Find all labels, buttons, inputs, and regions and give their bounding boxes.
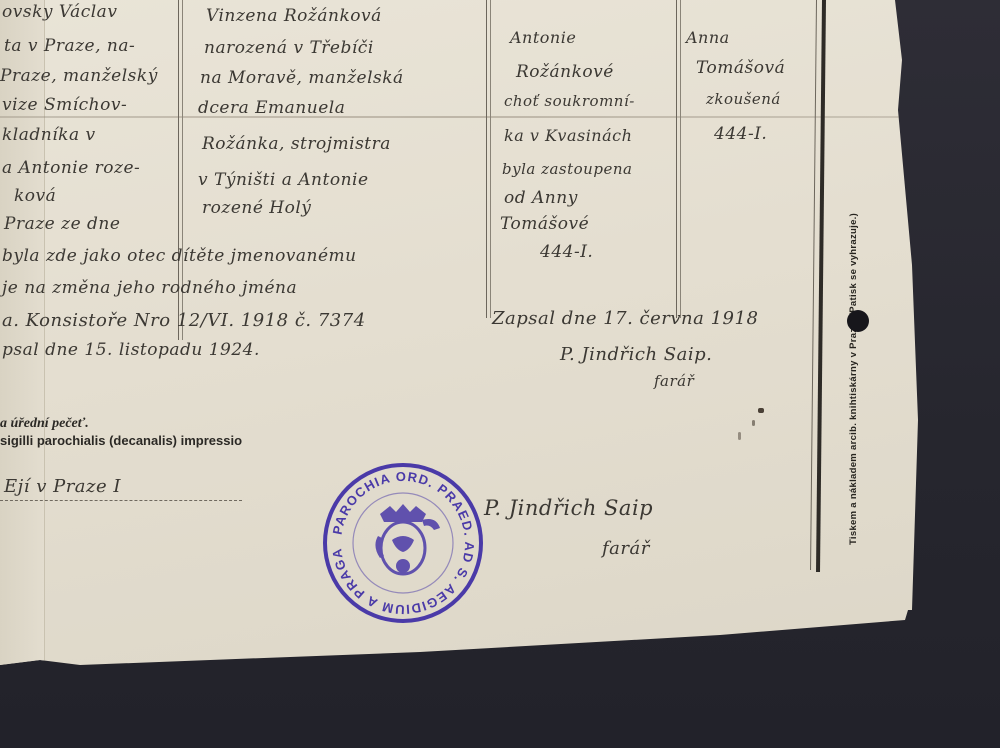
col1-line: ta v Praze, na-: [4, 38, 135, 55]
column-rule-3: [676, 0, 677, 318]
col3-line: 444-I.: [540, 244, 593, 261]
final-signature-title: farář: [602, 540, 650, 558]
priest-signature: P. Jindřich Saip.: [560, 346, 712, 364]
col1-line: ková: [14, 188, 56, 205]
col3-line: Antonie: [510, 30, 576, 46]
seal-label-la: sigilli parochialis (decanalis) impressi…: [0, 433, 242, 448]
stamp-seal-icon: PAROCHIA ORD. PRAED. AD S. AEGIDIUM A PR…: [322, 462, 484, 624]
paper-crease: [0, 116, 900, 118]
col3-line: od Anny: [504, 190, 578, 207]
col3-line: Rožánkové: [516, 64, 614, 81]
place-dotted-line: [0, 500, 242, 501]
final-signature: P. Jindřich Saip: [484, 498, 653, 519]
col1-line: Praze, manželský: [0, 68, 158, 85]
document-sheet: ovsky Václav ta v Praze, na- Praze, manž…: [0, 0, 925, 672]
col3-line: ka v Kvasinách: [504, 128, 632, 144]
col3-line: byla zastoupena: [502, 162, 632, 177]
seal-label-cz: a úřední pečeť.: [0, 416, 89, 432]
col4-line: Anna: [686, 30, 730, 46]
seal-place: Ejí v Praze I: [4, 478, 121, 496]
col2-line: narozená v Třebíči: [204, 40, 374, 57]
col2-line: rozené Holý: [202, 200, 311, 217]
punch-hole: [847, 310, 869, 332]
col4-line: 444-I.: [714, 126, 767, 143]
col2-line: Rožánka, strojmistra: [202, 136, 391, 153]
col2-line: Vinzena Rožánková: [206, 8, 382, 25]
note-line: je na změna jeho rodného jména: [2, 280, 297, 297]
col4-line: Tomášová: [696, 60, 785, 77]
note-line: a. Konsistoře Nro 12/VI. 1918 č. 7374: [2, 312, 366, 330]
ink-speck: [752, 420, 755, 426]
ink-speck: [738, 432, 741, 440]
col2-line: dcera Emanuela: [198, 100, 345, 117]
col3-line: Tomášové: [500, 216, 589, 233]
ink-speck: [758, 408, 764, 413]
note-line: psal dne 15. listopadu 1924.: [2, 342, 260, 359]
printer-imprint: Tiskem a nákladem arcib. knihtiskárny v …: [848, 213, 859, 545]
col1-line: vize Smíchov-: [2, 97, 127, 114]
margin-rule: [816, 0, 826, 572]
col1-line: Praze ze dne: [4, 216, 120, 233]
recorded-date: Zapsal dne 17. června 1918: [492, 310, 758, 328]
col2-line: v Týništi a Antonie: [198, 172, 369, 189]
priest-title: farář: [654, 374, 694, 389]
col2-line: na Moravě, manželská: [200, 70, 404, 87]
column-rule-2: [486, 0, 487, 318]
note-line: byla zde jako otec dítěte jmenovanému: [2, 248, 357, 265]
col1-line: a Antonie roze-: [2, 160, 140, 177]
col4-line: zkoušená: [706, 92, 781, 107]
parish-stamp: PAROCHIA ORD. PRAED. AD S. AEGIDIUM A PR…: [322, 462, 484, 624]
col1-line: kladníka v: [2, 127, 96, 144]
col1-line: ovsky Václav: [2, 4, 117, 21]
col3-line: choť soukromní-: [504, 94, 635, 109]
